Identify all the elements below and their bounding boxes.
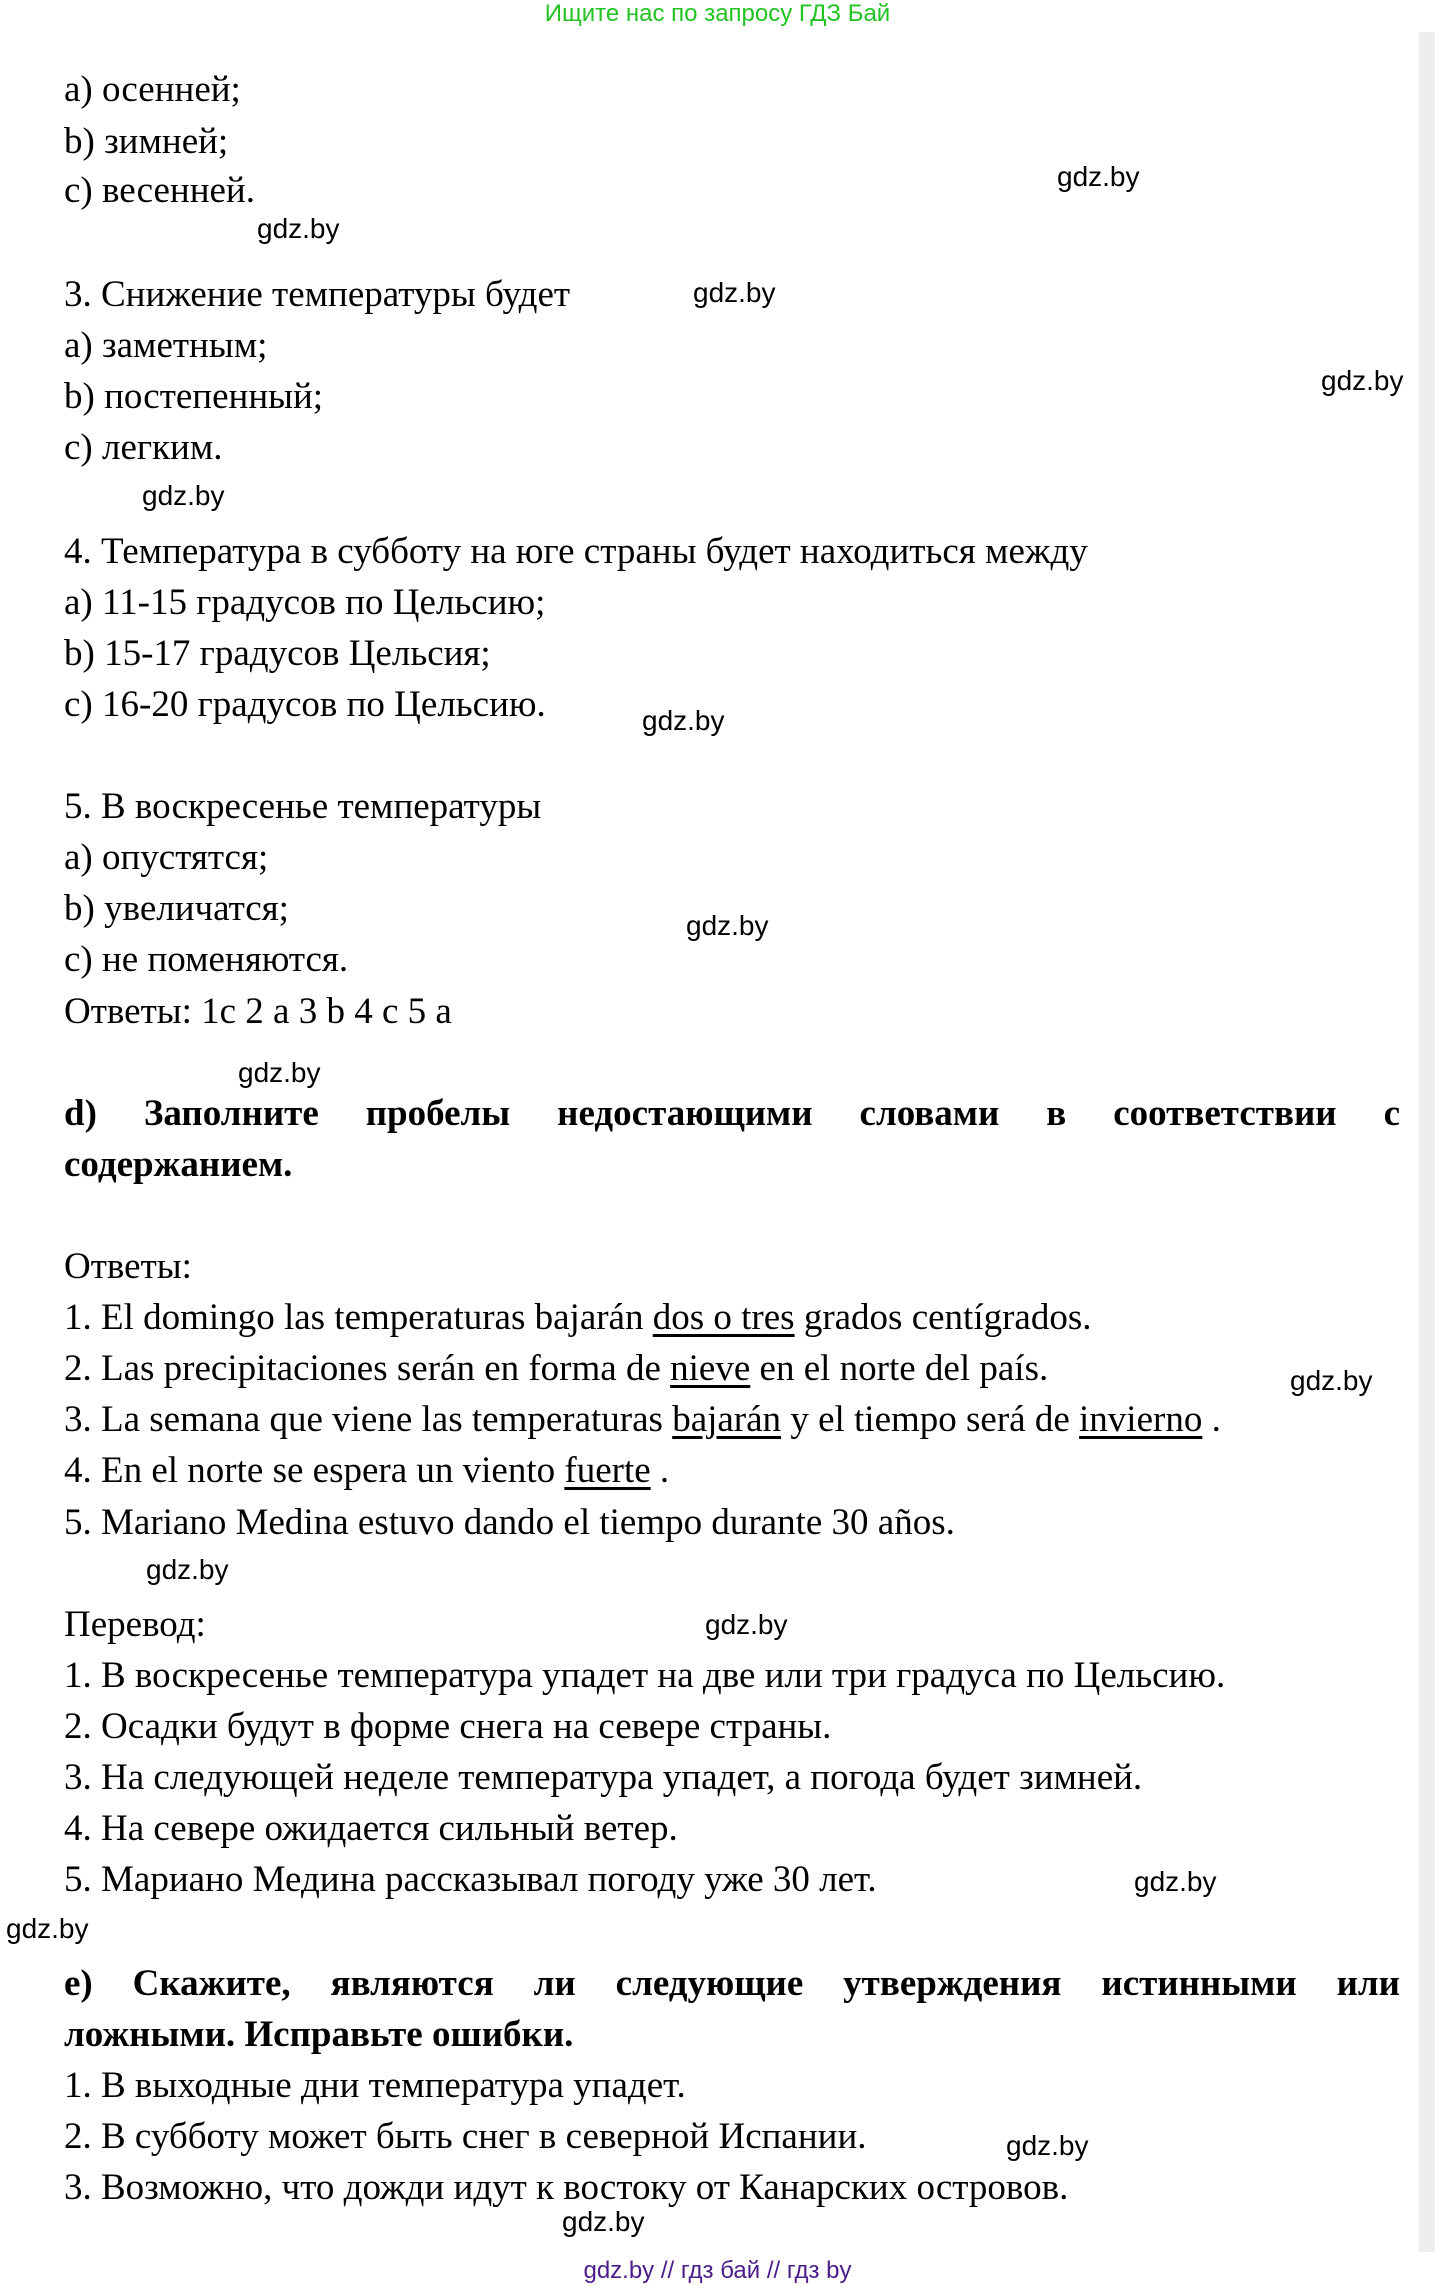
option: a) опустятся; (64, 836, 268, 880)
watermark: gdz.by (562, 2205, 645, 2239)
watermark: gdz.by (1290, 1364, 1373, 1398)
answer-item: 1. El domingo las temperaturas bajarán d… (64, 1296, 1092, 1340)
translation-label: Перевод: (64, 1603, 206, 1647)
footer-links[interactable]: gdz.by // гдз бай // гдз by (0, 2256, 1435, 2286)
option: c) не поменяются. (64, 938, 348, 982)
option: c) 16-20 градусов по Цельсию. (64, 683, 546, 727)
translation-item: 5. Мариано Медина рассказывал погоду уже… (64, 1858, 877, 1902)
option: a) заметным; (64, 324, 267, 368)
scrollbar[interactable] (1419, 32, 1435, 2252)
translation-item: 3. На следующей неделе температура упаде… (64, 1756, 1142, 1800)
answer-item: 4. En el norte se espera un viento fuert… (64, 1449, 669, 1493)
answers: Ответы: 1c 2 a 3 b 4 c 5 a (64, 990, 452, 1034)
watermark: gdz.by (1134, 1865, 1217, 1899)
statement-item: 3. Возможно, что дожди идут к востоку от… (64, 2166, 1068, 2210)
option: b) постепенный; (64, 375, 323, 419)
option: a) 11-15 градусов по Цельсию; (64, 581, 545, 625)
watermark: gdz.by (705, 1608, 788, 1642)
section-d-heading: d) Заполните пробелы недостающими словам… (64, 1092, 1400, 1136)
statement-item: 1. В выходные дни температура упадет. (64, 2064, 686, 2108)
statement-item: 2. В субботу может быть снег в северной … (64, 2115, 867, 2159)
translation-item: 2. Осадки будут в форме снега на севере … (64, 1705, 831, 1749)
question: 5. В воскресенье температуры (64, 785, 541, 829)
watermark: gdz.by (1006, 2129, 1089, 2163)
answer-item: 5. Mariano Medina estuvo dando el tiempo… (64, 1501, 955, 1545)
watermark: gdz.by (693, 276, 776, 310)
site-header-banner[interactable]: Ищите нас по запросу ГДЗ Бай (0, 0, 1435, 28)
watermark: gdz.by (642, 704, 725, 738)
section-e-heading: e) Скажите, являются ли следующие утверж… (64, 1962, 1400, 2006)
option: b) зимней; (64, 120, 228, 164)
watermark: gdz.by (238, 1056, 321, 1090)
watermark: gdz.by (1321, 364, 1404, 398)
watermark: gdz.by (6, 1912, 89, 1946)
option: c) легким. (64, 426, 223, 470)
question: 4. Температура в субботу на юге страны б… (64, 530, 1088, 574)
watermark: gdz.by (142, 479, 225, 513)
translation-item: 4. На севере ожидается сильный ветер. (64, 1807, 678, 1851)
option: b) 15-17 градусов Цельсия; (64, 632, 491, 676)
watermark: gdz.by (257, 212, 340, 246)
watermark: gdz.by (1057, 160, 1140, 194)
answer-item: 2. Las precipitaciones serán en forma de… (64, 1347, 1048, 1391)
option: c) весенней. (64, 169, 255, 213)
answers-label: Ответы: (64, 1245, 192, 1289)
option: a) осенней; (64, 68, 241, 112)
translation-item: 1. В воскресенье температура упадет на д… (64, 1654, 1225, 1698)
question: 3. Снижение температуры будет (64, 273, 570, 317)
option: b) увеличатся; (64, 887, 289, 931)
watermark: gdz.by (146, 1553, 229, 1587)
watermark: gdz.by (686, 909, 769, 943)
section-e-heading-cont: ложными. Исправьте ошибки. (64, 2013, 573, 2057)
section-d-heading-cont: содержанием. (64, 1143, 292, 1187)
answer-item: 3. La semana que viene las temperaturas … (64, 1398, 1221, 1442)
